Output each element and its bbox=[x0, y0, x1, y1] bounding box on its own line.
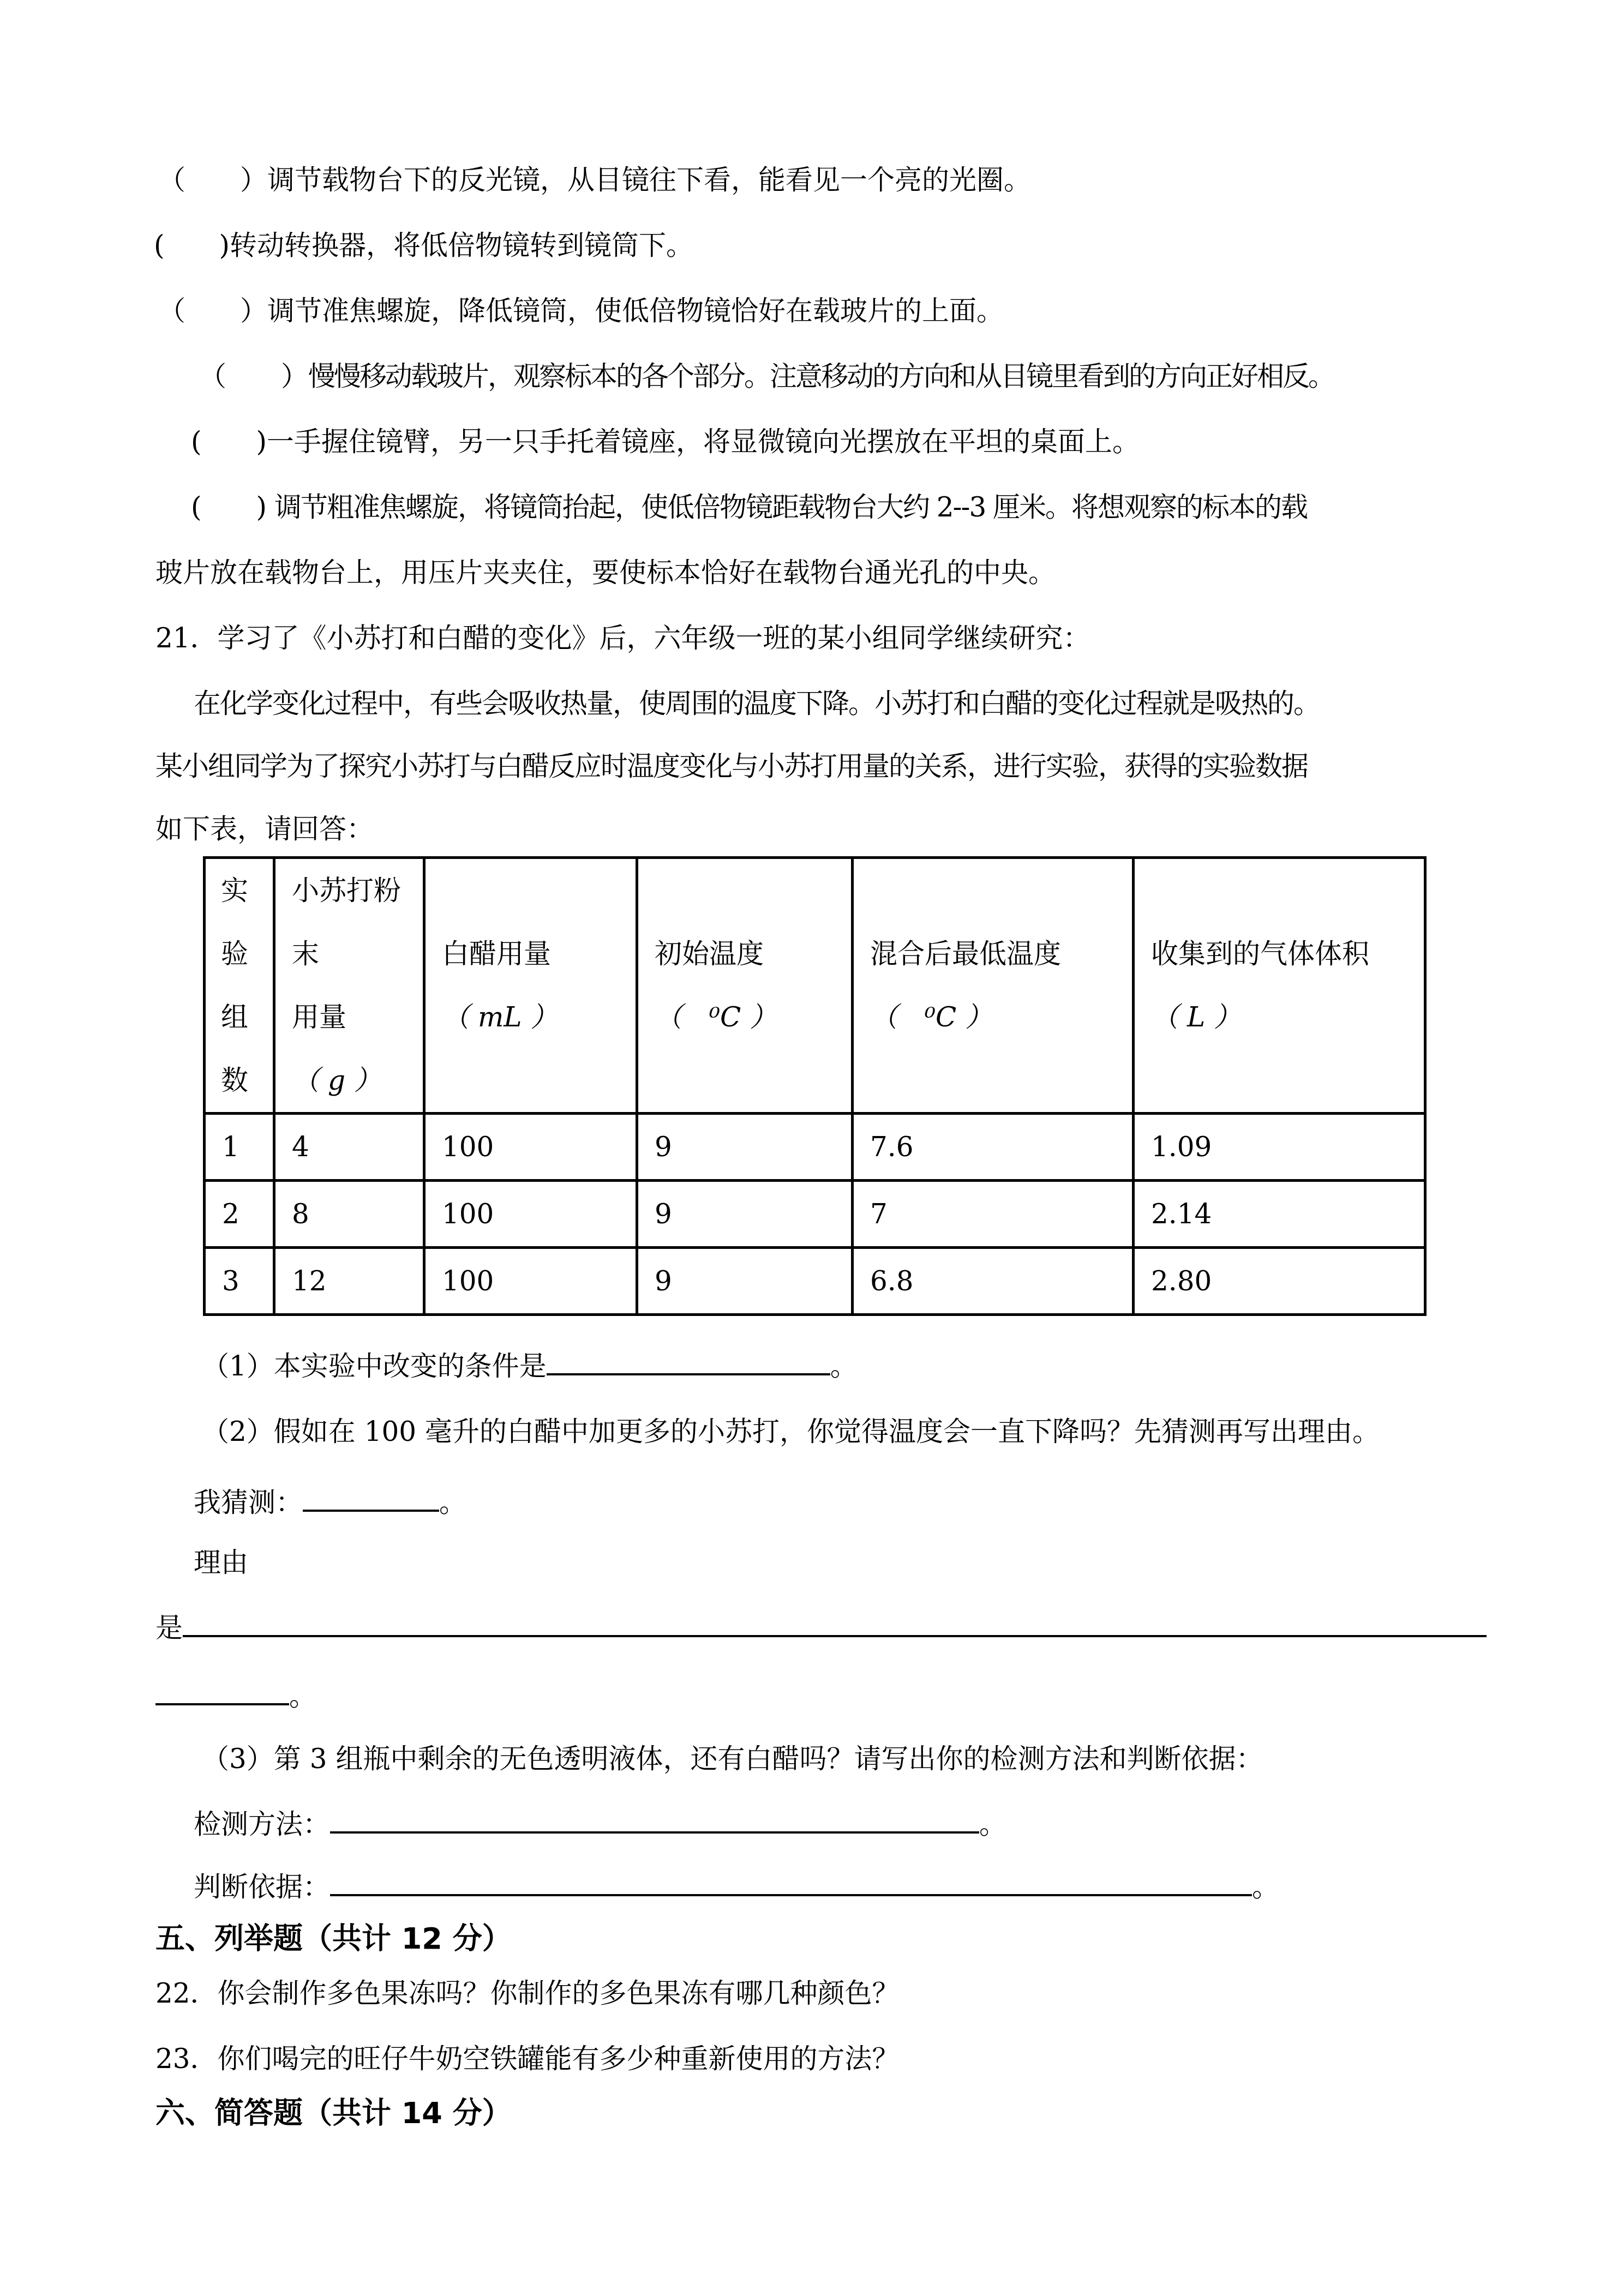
cell: 2.80 bbox=[1134, 1248, 1425, 1315]
answer-blank-guess[interactable] bbox=[303, 1483, 439, 1512]
reason-label: 理由 bbox=[194, 1546, 248, 1579]
header-baking-soda-amount: 小苏打粉 末 用量 （ g ） bbox=[274, 858, 424, 1114]
answer-blank-paren[interactable]: （ ） bbox=[158, 164, 267, 196]
step-item: （ ）慢慢移动载玻片，观察标本的各个部分。注意移动的方向和从目镜里看到的方向正好… bbox=[199, 360, 1334, 393]
header-group-number: 实 验 组 数 bbox=[205, 858, 274, 1114]
answer-blank-reason-cont[interactable] bbox=[155, 1677, 289, 1705]
cell: 1.09 bbox=[1134, 1114, 1425, 1181]
answer-blank-paren[interactable]: ( ) bbox=[191, 425, 267, 458]
cell: 2.14 bbox=[1134, 1181, 1425, 1248]
cell: 8 bbox=[274, 1181, 424, 1248]
answer-blank-changed-condition[interactable] bbox=[547, 1347, 830, 1375]
header-lowest-temp: 混合后最低温度 （ ⁰C ） bbox=[853, 858, 1134, 1114]
step-continuation: 玻片放在载物台上，用压片夹夹住，要使标本恰好在载物台通光孔的中央。 bbox=[155, 556, 1056, 589]
cell: 9 bbox=[637, 1181, 853, 1248]
cell: 6.8 bbox=[853, 1248, 1134, 1315]
step-item: （ ）调节载物台下的反光镜，从目镜往下看，能看见一个亮的光圈。 bbox=[158, 164, 1031, 196]
guess-line: 我猜测：。 bbox=[194, 1483, 466, 1519]
section-5-title: 五、列举题（共计 12 分） bbox=[155, 1922, 512, 1955]
answer-blank-paren[interactable]: （ ） bbox=[158, 294, 267, 327]
cell: 2 bbox=[205, 1181, 274, 1248]
sub-question-3: （3）第 3 组瓶中剩余的无色透明液体，还有白醋吗？请写出你的检测方法和判断依据… bbox=[202, 1742, 1263, 1775]
experiment-data-table: 实 验 组 数 小苏打粉 末 用量 （ g ） 白醋用量 （ mL ） 初始温度… bbox=[203, 856, 1427, 1316]
answer-blank-paren[interactable]: （ ） bbox=[199, 360, 308, 393]
step-text: 慢慢移动载玻片，观察标本的各个部分。注意移动的方向和从目镜里看到的方向正好相反。 bbox=[308, 360, 1334, 392]
table-row: 2 8 100 9 7 2.14 bbox=[205, 1181, 1425, 1248]
table-header-row: 实 验 组 数 小苏打粉 末 用量 （ g ） 白醋用量 （ mL ） 初始温度… bbox=[205, 858, 1425, 1114]
cell: 12 bbox=[274, 1248, 424, 1315]
method-line: 检测方法：。 bbox=[194, 1805, 1006, 1841]
step-item: ( ) 调节粗准焦螺旋，将镜筒抬起，使低倍物镜距载物台大约 2--3 厘米。将想… bbox=[191, 491, 1307, 524]
q21-paragraph-1: 在化学变化过程中，有些会吸收热量，使周围的温度下降。小苏打和白醋的变化过程就是吸… bbox=[194, 687, 1320, 720]
table-row: 1 4 100 9 7.6 1.09 bbox=[205, 1114, 1425, 1181]
basis-line: 判断依据：。 bbox=[194, 1868, 1279, 1903]
cell: 100 bbox=[424, 1114, 637, 1181]
answer-blank-reason[interactable] bbox=[183, 1609, 1487, 1637]
header-initial-temp: 初始温度 （ ⁰C ） bbox=[637, 858, 853, 1114]
sub-question-1: （1）本实验中改变的条件是。 bbox=[202, 1347, 858, 1383]
cell: 4 bbox=[274, 1114, 424, 1181]
q21-paragraph-3: 如下表，请回答： bbox=[155, 813, 374, 845]
question-23: 23．你们喝完的旺仔牛奶空铁罐能有多少种重新使用的方法？ bbox=[155, 2042, 900, 2075]
cell: 7.6 bbox=[853, 1114, 1134, 1181]
cell: 1 bbox=[205, 1114, 274, 1181]
step-item: （ ）调节准焦螺旋，降低镜筒，使低倍物镜恰好在载玻片的上面。 bbox=[158, 294, 1004, 327]
cell: 9 bbox=[637, 1248, 853, 1315]
cell: 9 bbox=[637, 1114, 853, 1181]
answer-blank-paren[interactable]: ( ) bbox=[154, 229, 230, 262]
step-text: 调节载物台下的反光镜，从目镜往下看，能看见一个亮的光圈。 bbox=[267, 164, 1031, 196]
section-6-title: 六、简答题（共计 14 分） bbox=[155, 2097, 512, 2130]
sub-question-2: （2）假如在 100 毫升的白醋中加更多的小苏打，你觉得温度会一直下降吗？先猜测… bbox=[202, 1415, 1380, 1448]
answer-blank-basis[interactable] bbox=[330, 1868, 1252, 1896]
step-item: ( )一手握住镜臂，另一只手托着镜座，将显微镜向光摆放在平坦的桌面上。 bbox=[191, 425, 1140, 458]
cell: 3 bbox=[205, 1248, 274, 1315]
question-22: 22．你会制作多色果冻吗？你制作的多色果冻有哪几种颜色？ bbox=[155, 1977, 900, 2010]
step-text: 转动转换器，将低倍物镜转到镜筒下。 bbox=[230, 230, 693, 261]
cell: 100 bbox=[424, 1181, 637, 1248]
answer-blank-paren[interactable]: ( ) bbox=[191, 491, 267, 524]
answer-blank-method[interactable] bbox=[330, 1805, 979, 1834]
cell: 100 bbox=[424, 1248, 637, 1315]
reason-line-cont: 。 bbox=[155, 1677, 316, 1712]
step-text: 一手握住镜臂，另一只手托着镜座，将显微镜向光摆放在平坦的桌面上。 bbox=[267, 426, 1140, 458]
step-text: 调节粗准焦螺旋，将镜筒抬起，使低倍物镜距载物台大约 2--3 厘米。将想观察的标… bbox=[267, 491, 1307, 523]
step-item: ( )转动转换器，将低倍物镜转到镜筒下。 bbox=[154, 229, 693, 262]
table-row: 3 12 100 9 6.8 2.80 bbox=[205, 1248, 1425, 1315]
header-gas-volume: 收集到的气体体积 （ L ） bbox=[1134, 858, 1425, 1114]
cell: 7 bbox=[853, 1181, 1134, 1248]
step-text: 调节准焦螺旋，降低镜筒，使低倍物镜恰好在载玻片的上面。 bbox=[267, 295, 1004, 327]
q21-paragraph-2: 某小组同学为了探究小苏打与白醋反应时温度变化与小苏打用量的关系，进行实验，获得的… bbox=[155, 750, 1308, 783]
reason-line: 是 bbox=[155, 1609, 1487, 1644]
header-vinegar-amount: 白醋用量 （ mL ） bbox=[424, 858, 637, 1114]
question-21-title: 21．学习了《小苏打和白醋的变化》后，六年级一班的某小组同学继续研究： bbox=[155, 622, 1090, 654]
